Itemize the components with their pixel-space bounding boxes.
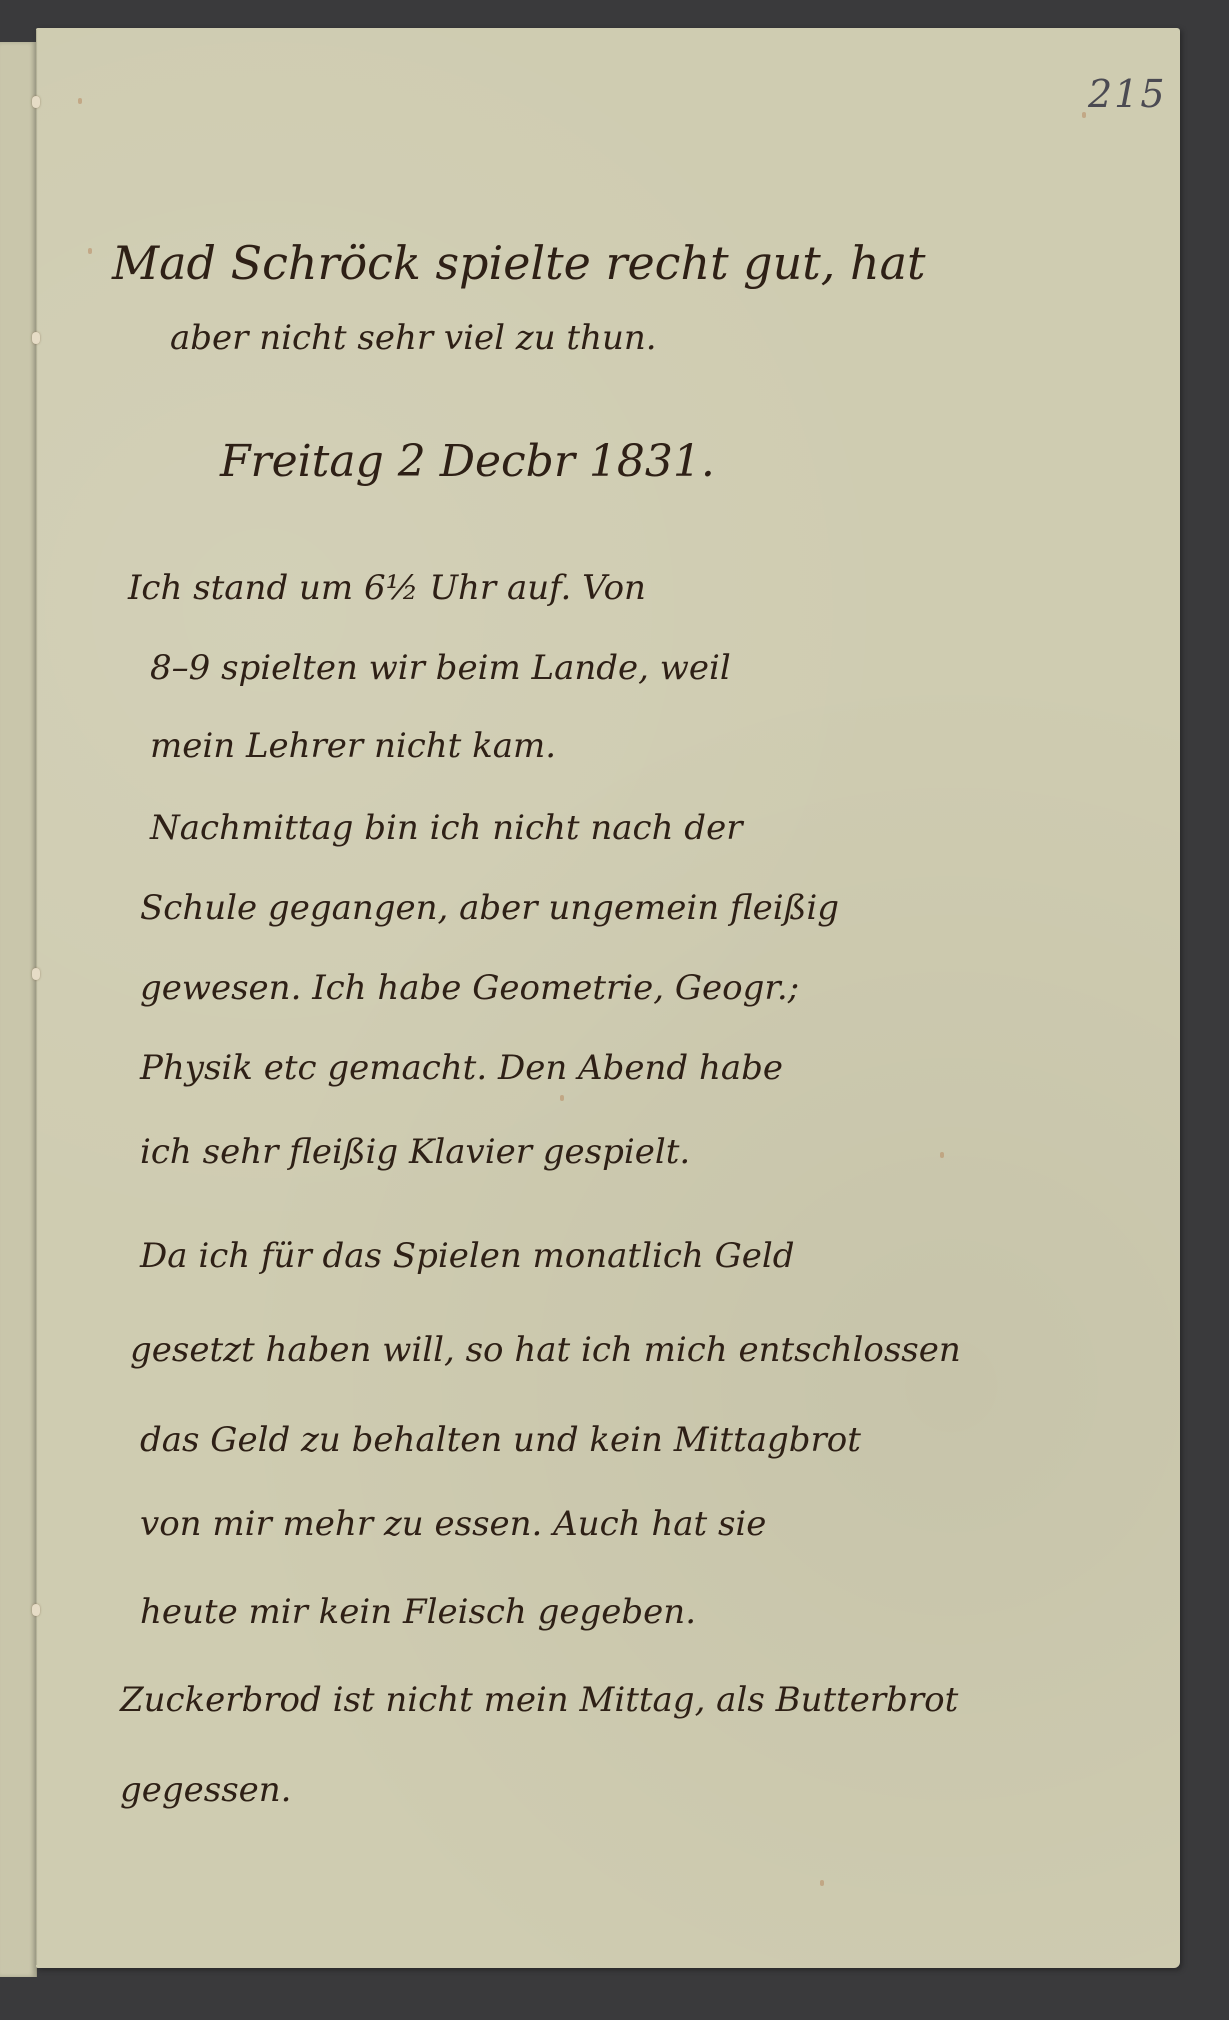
text-line-1: Mad Schröck spielte recht gut, hat <box>112 236 832 290</box>
text-line-5: 8–9 spielten wir beim Lande, weil <box>150 648 731 688</box>
paper-fleck <box>940 1152 944 1158</box>
paper-fleck <box>560 1095 564 1101</box>
text-line-7: Nachmittag bin ich nicht nach der <box>150 808 742 848</box>
text-line-15: von mir mehr zu essen. Auch hat sie <box>140 1504 766 1544</box>
text-line-14: das Geld zu behalten und kein Mittagbrot <box>140 1420 861 1460</box>
text-line-11: ich sehr fleißig Klavier gespielt. <box>140 1132 690 1172</box>
binding-thread-knot <box>32 968 40 980</box>
text-line-8: Schule gegangen, aber ungemein fleißig <box>140 888 839 928</box>
text-line-9: gewesen. Ich habe Geometrie, Geogr.; <box>140 968 799 1008</box>
facing-page-edge <box>0 42 37 1977</box>
paper-fleck <box>88 248 92 254</box>
date-heading: Freitag 2 Decbr 1831. <box>220 436 715 487</box>
text-line-6: mein Lehrer nicht kam. <box>150 726 556 766</box>
text-line-13: gesetzt haben will, so hat ich mich ents… <box>130 1330 961 1370</box>
folio-number: 215 <box>1088 72 1167 116</box>
text-line-4: Ich stand um 6½ Uhr auf. Von <box>128 568 646 608</box>
text-line-16: heute mir kein Fleisch gegeben. <box>140 1592 696 1632</box>
paper-fleck <box>78 98 82 104</box>
text-line-17: Zuckerbrod ist nicht mein Mittag, als Bu… <box>120 1680 958 1720</box>
binding-thread-knot <box>32 1604 40 1616</box>
text-line-10: Physik etc gemacht. Den Abend habe <box>140 1048 783 1088</box>
book-spine-gutter <box>36 30 38 1965</box>
text-line-2: aber nicht sehr viel zu thun. <box>170 318 657 358</box>
text-line-18: gegessen. <box>120 1770 292 1810</box>
manuscript-scan: 215 Mad Schröck spielte recht gut, hat a… <box>0 0 1229 2020</box>
binding-thread-knot <box>32 96 40 108</box>
text-line-12: Da ich für das Spielen monatlich Geld <box>140 1236 795 1276</box>
paper-fleck <box>820 1880 824 1886</box>
binding-thread-knot <box>32 332 40 344</box>
paper-fleck <box>1082 112 1086 118</box>
